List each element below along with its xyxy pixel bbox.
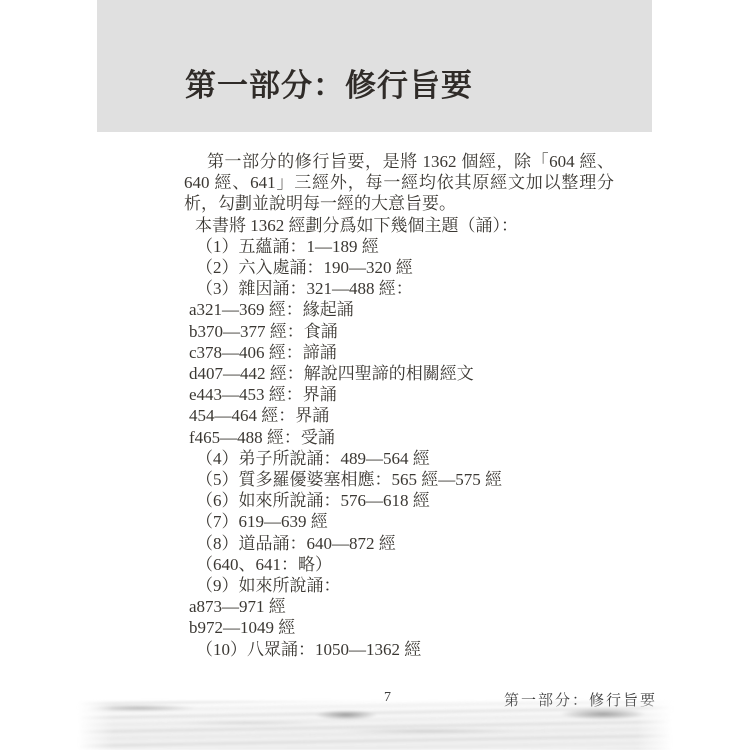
chapter-title: 第一部分：修行旨要 (185, 60, 473, 105)
list-item: （1）五蘊誦：1—189 經 (184, 236, 614, 257)
list-item: （6）如來所說誦：576—618 經 (184, 490, 614, 511)
list-item: c378—406 經：諦誦 (184, 342, 614, 363)
list-item: b972—1049 經 (184, 617, 614, 638)
list-item: a873—971 經 (184, 596, 614, 617)
list-item: （3）雜因誦：321—488 經： (184, 278, 614, 299)
list-item: b370—377 經：食誦 (184, 321, 614, 342)
book-page: 第一部分：修行旨要 第一部分的修行旨要，是將 1362 個經，除「604 經、6… (0, 0, 750, 750)
list-item: （5）質多羅優婆塞相應：565 經—575 經 (184, 469, 614, 490)
list-item: f465—488 經：受誦 (184, 427, 614, 448)
list-item: （2）六入處誦：190—320 經 (184, 257, 614, 278)
list-item: a321—369 經：緣起誦 (184, 299, 614, 320)
list-item: （9）如來所說誦： (184, 575, 614, 596)
theme-intro-paragraph: 本書將 1362 經劃分爲如下幾個主題（誦）： (184, 215, 614, 236)
list-item: d407—442 經：解說四聖諦的相關經文 (184, 363, 614, 384)
water-ripple-image (78, 701, 672, 750)
list-item: e443—453 經：界誦 (184, 384, 614, 405)
list-item: （640、641：略） (184, 554, 614, 575)
list-item: （10）八眾誦：1050—1362 經 (184, 639, 614, 660)
chapter-header-band: 第一部分：修行旨要 (97, 0, 652, 132)
list-item: （8）道品誦：640—872 經 (184, 533, 614, 554)
intro-paragraph: 第一部分的修行旨要，是將 1362 個經，除「604 經、640 經、641」三… (184, 151, 614, 215)
list-item: （7）619—639 經 (184, 511, 614, 532)
sutra-list: （1）五蘊誦：1—189 經（2）六入處誦：190—320 經（3）雜因誦：32… (184, 236, 614, 660)
list-item: （4）弟子所說誦：489—564 經 (184, 448, 614, 469)
list-item: 454—464 經：界誦 (184, 405, 614, 426)
body-text: 第一部分的修行旨要，是將 1362 個經，除「604 經、640 經、641」三… (184, 151, 614, 660)
